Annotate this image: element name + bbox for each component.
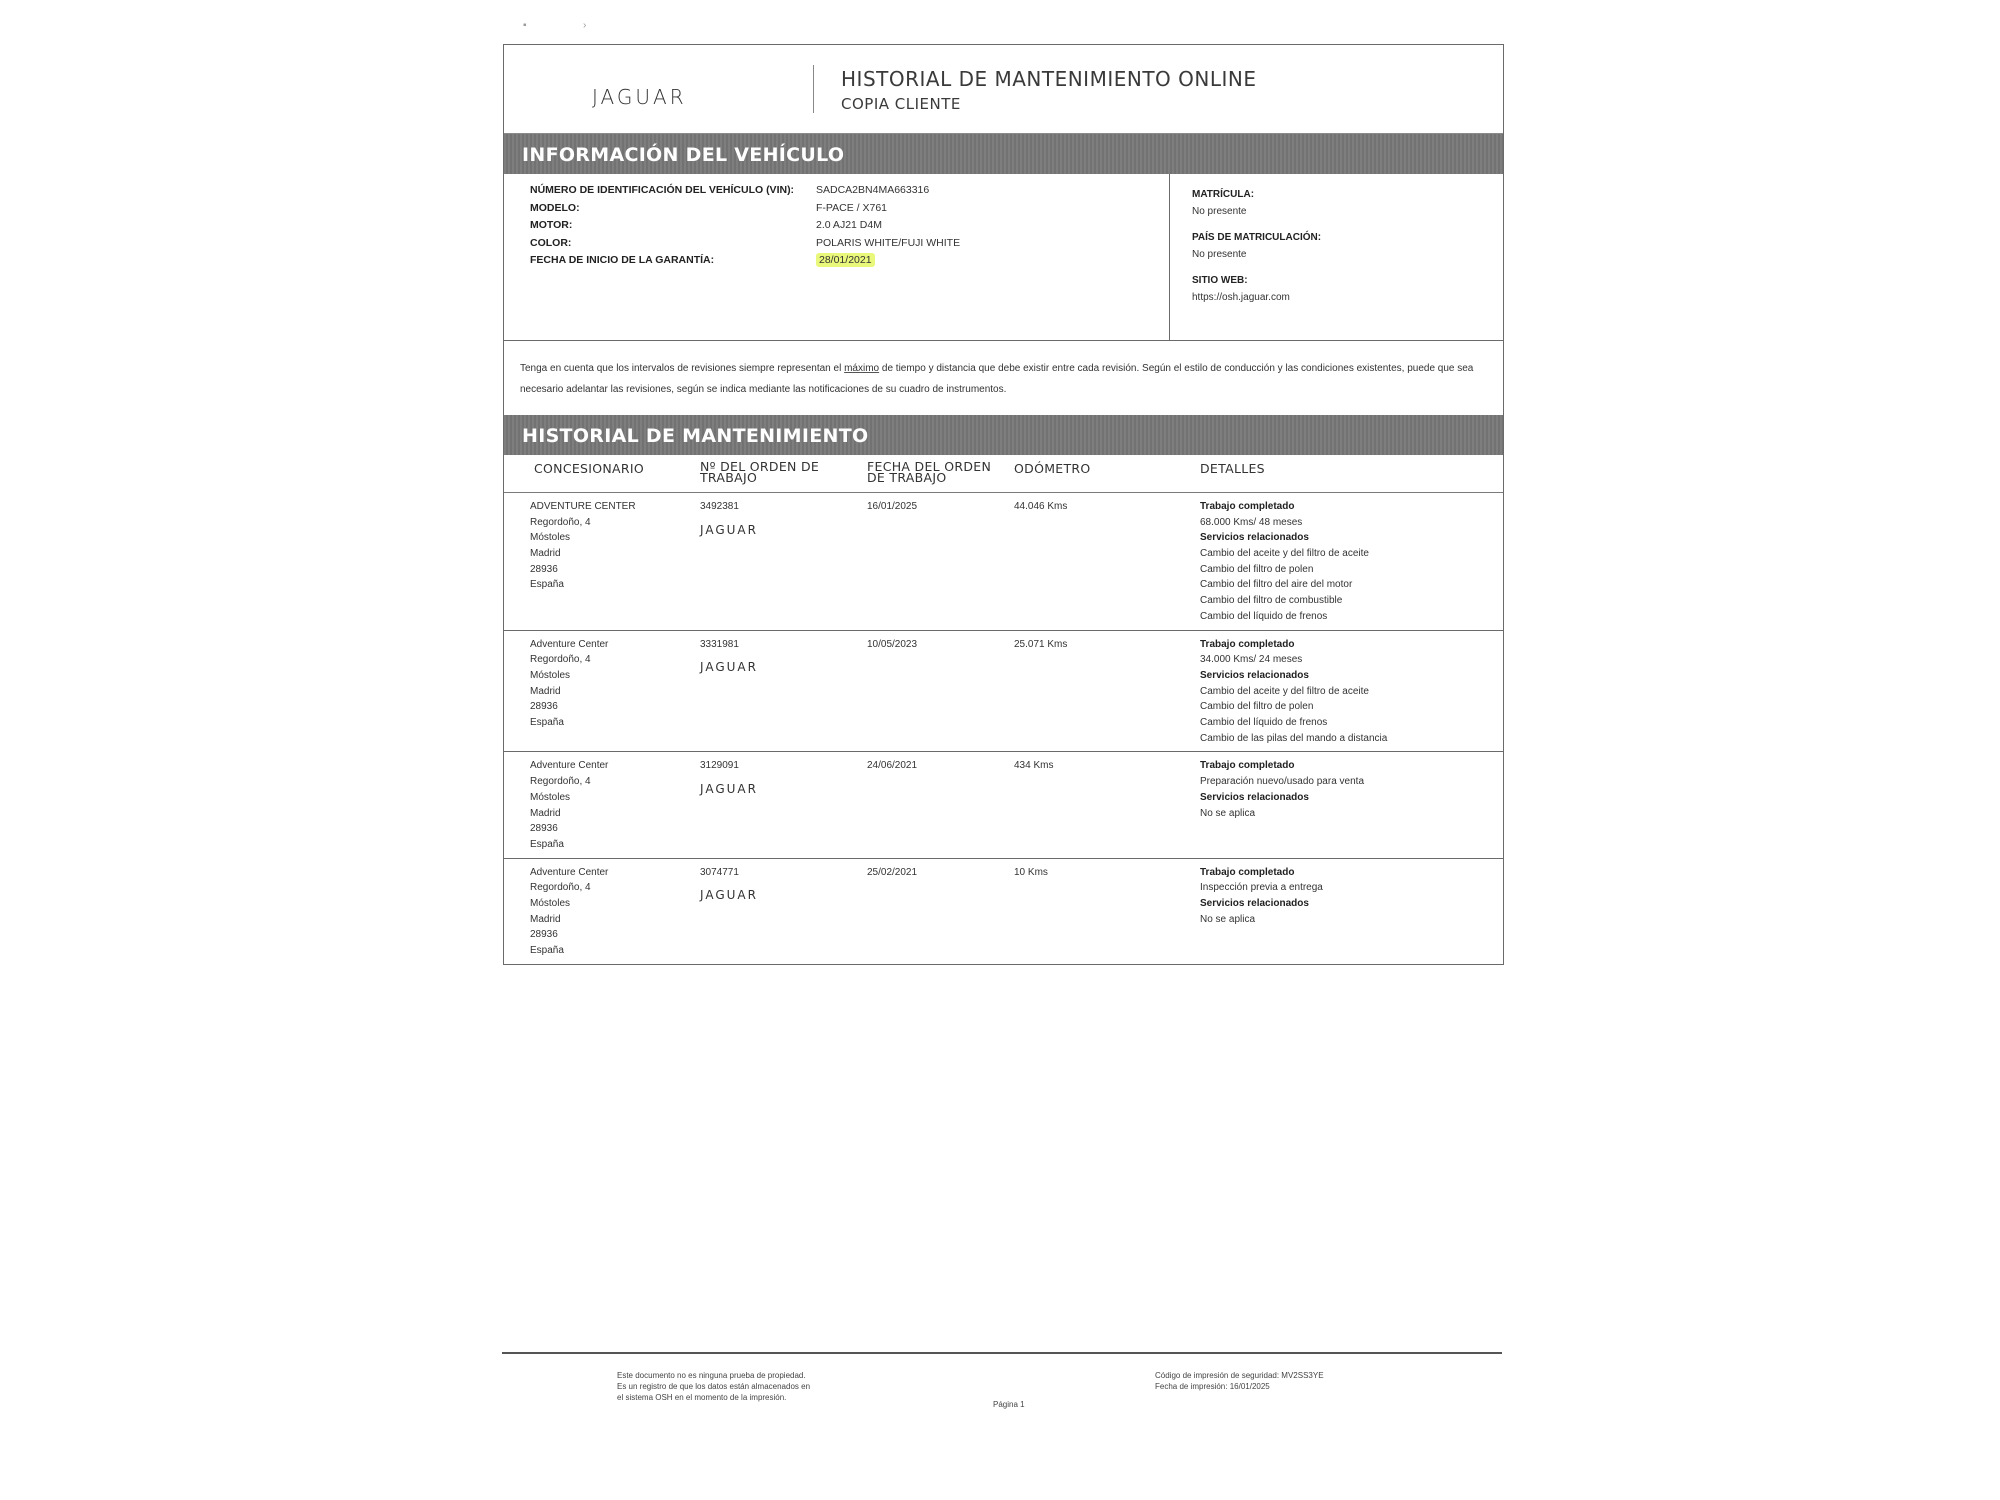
order-number: 3074771 <box>700 865 837 881</box>
jaguar-logo: JAGUAR <box>700 660 837 674</box>
odometer-cell: 10 Kms <box>1004 865 1170 964</box>
date-cell: 25/02/2021 <box>837 865 1004 964</box>
dealer-line: Móstoles <box>530 668 670 684</box>
dealer-line: Móstoles <box>530 530 670 546</box>
vehicle-field-row: MOTOR:2.0 AJ21 D4M <box>530 219 1169 237</box>
dealer-line: Regordoño, 4 <box>530 774 670 790</box>
jaguar-logo: JAGUAR <box>700 888 837 902</box>
dealer-cell: Adventure CenterRegordoño, 4MóstolesMadr… <box>504 637 670 752</box>
service-item: Cambio del filtro de polen <box>1200 699 1503 715</box>
dealer-cell: ADVENTURE CENTERRegordoño, 4MóstolesMadr… <box>504 499 670 630</box>
field-value: F-PACE / X761 <box>816 202 887 220</box>
order-date: 25/02/2021 <box>867 865 1004 881</box>
date-cell: 24/06/2021 <box>837 758 1004 857</box>
order-cell: 3074771JAGUAR <box>670 865 837 964</box>
header-divider <box>813 65 814 113</box>
jaguar-logo: JAGUAR <box>700 782 837 796</box>
history-heading: HISTORIAL DE MANTENIMIENTO <box>504 415 1503 455</box>
odometer-cell: 44.046 Kms <box>1004 499 1170 630</box>
column-header: CONCESIONARIO <box>504 461 670 492</box>
work-done: Inspección previa a entrega <box>1200 880 1503 896</box>
dealer-line: Adventure Center <box>530 637 670 653</box>
odometer-value: 434 Kms <box>1014 758 1170 774</box>
value-text: 2.0 AJ21 D4M <box>816 219 882 231</box>
dealer-line: Regordoño, 4 <box>530 515 670 531</box>
work-label: Trabajo completado <box>1200 758 1503 774</box>
dealer-line: España <box>530 577 670 593</box>
disclaimer-line: el sistema OSH en el momento de la impre… <box>617 1392 810 1403</box>
print-date: Fecha de impresión: 16/01/2025 <box>1155 1381 1324 1392</box>
services-label: Servicios relacionados <box>1200 668 1503 684</box>
disclaimer-line: Este documento no es ninguna prueba de p… <box>617 1370 810 1381</box>
highlighted-value: 28/01/2021 <box>816 253 875 267</box>
field-value: POLARIS WHITE/FUJI WHITE <box>816 237 960 255</box>
field-value: 2.0 AJ21 D4M <box>816 219 882 237</box>
value-text: F-PACE / X761 <box>816 202 887 214</box>
date-cell: 10/05/2023 <box>837 637 1004 752</box>
side-field-value: https://osh.jaguar.com <box>1192 281 1321 315</box>
dealer-line: Regordoño, 4 <box>530 652 670 668</box>
field-value: SADCA2BN4MA663316 <box>816 184 929 202</box>
value-text: SADCA2BN4MA663316 <box>816 184 929 196</box>
dealer-line: 28936 <box>530 562 670 578</box>
dealer-line: Adventure Center <box>530 758 670 774</box>
service-interval-note: Tenga en cuenta que los intervalos de re… <box>504 341 1503 415</box>
work-label: Trabajo completado <box>1200 865 1503 881</box>
security-code: Código de impresión de seguridad: MV2SS3… <box>1155 1370 1324 1381</box>
service-item: Cambio del filtro de polen <box>1200 562 1503 578</box>
service-item: Cambio del filtro del aire del motor <box>1200 577 1503 593</box>
footer-divider <box>502 1352 1502 1354</box>
column-header: FECHA DEL ORDEN DE TRABAJO <box>837 461 1004 492</box>
dealer-line: Móstoles <box>530 790 670 806</box>
order-cell: 3129091JAGUAR <box>670 758 837 857</box>
dealer-line: Madrid <box>530 684 670 700</box>
order-date: 16/01/2025 <box>867 499 1004 515</box>
column-header: Nº DEL ORDEN DE TRABAJO <box>670 461 837 492</box>
service-item: Cambio del líquido de frenos <box>1200 609 1503 625</box>
dealer-line: 28936 <box>530 699 670 715</box>
document-header: JAGUAR HISTORIAL DE MANTENIMIENTO ONLINE… <box>504 45 1503 134</box>
jaguar-logo: JAGUAR <box>592 85 687 109</box>
services-label: Servicios relacionados <box>1200 790 1503 806</box>
dealer-line: Madrid <box>530 806 670 822</box>
footer-print-info: Código de impresión de seguridad: MV2SS3… <box>1155 1370 1324 1392</box>
dealer-line: España <box>530 943 670 959</box>
dealer-line: Adventure Center <box>530 865 670 881</box>
services-label: Servicios relacionados <box>1200 530 1503 546</box>
dealer-line: España <box>530 837 670 853</box>
order-cell: 3492381JAGUAR <box>670 499 837 630</box>
field-label: MODELO: <box>530 202 816 220</box>
value-text: POLARIS WHITE/FUJI WHITE <box>816 237 960 249</box>
footer-disclaimer: Este documento no es ninguna prueba de p… <box>617 1370 810 1403</box>
dealer-line: ADVENTURE CENTER <box>530 499 670 515</box>
dealer-line: España <box>530 715 670 731</box>
order-date: 24/06/2021 <box>867 758 1004 774</box>
work-label: Trabajo completado <box>1200 499 1503 515</box>
dealer-line: 28936 <box>530 927 670 943</box>
date-cell: 16/01/2025 <box>837 499 1004 630</box>
details-cell: Trabajo completado34.000 Kms/ 24 mesesSe… <box>1170 637 1503 752</box>
dealer-line: 28936 <box>530 821 670 837</box>
field-label: MOTOR: <box>530 219 816 237</box>
work-done: 34.000 Kms/ 24 meses <box>1200 652 1503 668</box>
vehicle-field-row: NÚMERO DE IDENTIFICACIÓN DEL VEHÍCULO (V… <box>530 184 1169 202</box>
dealer-line: Madrid <box>530 912 670 928</box>
service-item: Cambio de las pilas del mando a distanci… <box>1200 731 1503 747</box>
order-number: 3331981 <box>700 637 837 653</box>
disclaimer-line: Es un registro de que los datos están al… <box>617 1381 810 1392</box>
work-done: 68.000 Kms/ 48 meses <box>1200 515 1503 531</box>
history-table-body: ADVENTURE CENTERRegordoño, 4MóstolesMadr… <box>504 493 1503 965</box>
odometer-value: 44.046 Kms <box>1014 499 1170 515</box>
scan-artifact: ▪ <box>523 20 527 31</box>
order-number: 3492381 <box>700 499 837 515</box>
column-header: DETALLES <box>1170 461 1503 492</box>
service-item: No se aplica <box>1200 912 1503 928</box>
table-row: Adventure CenterRegordoño, 4MóstolesMadr… <box>504 631 1503 753</box>
service-item: Cambio del filtro de combustible <box>1200 593 1503 609</box>
details-cell: Trabajo completadoPreparación nuevo/usad… <box>1170 758 1503 857</box>
maintenance-document: JAGUAR HISTORIAL DE MANTENIMIENTO ONLINE… <box>503 44 1504 965</box>
order-number: 3129091 <box>700 758 837 774</box>
table-row: Adventure CenterRegordoño, 4MóstolesMadr… <box>504 752 1503 858</box>
dealer-cell: Adventure CenterRegordoño, 4MóstolesMadr… <box>504 865 670 964</box>
work-done: Preparación nuevo/usado para venta <box>1200 774 1503 790</box>
jaguar-logo: JAGUAR <box>700 523 837 537</box>
details-cell: Trabajo completado68.000 Kms/ 48 mesesSe… <box>1170 499 1503 630</box>
vehicle-field-row: COLOR:POLARIS WHITE/FUJI WHITE <box>530 237 1169 255</box>
service-item: Cambio del aceite y del filtro de aceite <box>1200 546 1503 562</box>
details-cell: Trabajo completadoInspección previa a en… <box>1170 865 1503 964</box>
table-row: Adventure CenterRegordoño, 4MóstolesMadr… <box>504 859 1503 965</box>
service-item: No se aplica <box>1200 806 1503 822</box>
page-number: Página 1 <box>993 1400 1025 1409</box>
service-item: Cambio del líquido de frenos <box>1200 715 1503 731</box>
document-title: HISTORIAL DE MANTENIMIENTO ONLINE <box>841 67 1256 91</box>
emphasis-maximo: máximo <box>844 363 879 374</box>
vehicle-fields: NÚMERO DE IDENTIFICACIÓN DEL VEHÍCULO (V… <box>504 174 1170 340</box>
vehicle-info: NÚMERO DE IDENTIFICACIÓN DEL VEHÍCULO (V… <box>504 174 1503 341</box>
odometer-value: 25.071 Kms <box>1014 637 1170 653</box>
dealer-line: Móstoles <box>530 896 670 912</box>
dealer-line: Madrid <box>530 546 670 562</box>
services-label: Servicios relacionados <box>1200 896 1503 912</box>
field-label: COLOR: <box>530 237 816 255</box>
dealer-line: Regordoño, 4 <box>530 880 670 896</box>
document-subtitle: COPIA CLIENTE <box>841 95 961 113</box>
vehicle-field-row: MODELO:F-PACE / X761 <box>530 202 1169 220</box>
vehicle-field-row: FECHA DE INICIO DE LA GARANTÍA:28/01/202… <box>530 254 1169 272</box>
column-header: ODÓMETRO <box>1004 461 1170 492</box>
field-value: 28/01/2021 <box>816 254 875 272</box>
history-table-header: CONCESIONARIONº DEL ORDEN DE TRABAJOFECH… <box>504 455 1503 493</box>
odometer-cell: 434 Kms <box>1004 758 1170 857</box>
vehicle-side-fields: MATRÍCULA:No presentePAÍS DE MATRICULACI… <box>1170 174 1321 340</box>
side-field-value: No presente <box>1192 195 1321 229</box>
work-label: Trabajo completado <box>1200 637 1503 653</box>
field-label: NÚMERO DE IDENTIFICACIÓN DEL VEHÍCULO (V… <box>530 184 816 202</box>
dealer-cell: Adventure CenterRegordoño, 4MóstolesMadr… <box>504 758 670 857</box>
odometer-cell: 25.071 Kms <box>1004 637 1170 752</box>
order-cell: 3331981JAGUAR <box>670 637 837 752</box>
order-date: 10/05/2023 <box>867 637 1004 653</box>
scan-artifact: › <box>583 20 586 31</box>
service-item: Cambio del aceite y del filtro de aceite <box>1200 684 1503 700</box>
field-label: FECHA DE INICIO DE LA GARANTÍA: <box>530 254 816 272</box>
vehicle-info-heading: INFORMACIÓN DEL VEHÍCULO <box>504 134 1503 174</box>
table-row: ADVENTURE CENTERRegordoño, 4MóstolesMadr… <box>504 493 1503 631</box>
odometer-value: 10 Kms <box>1014 865 1170 881</box>
